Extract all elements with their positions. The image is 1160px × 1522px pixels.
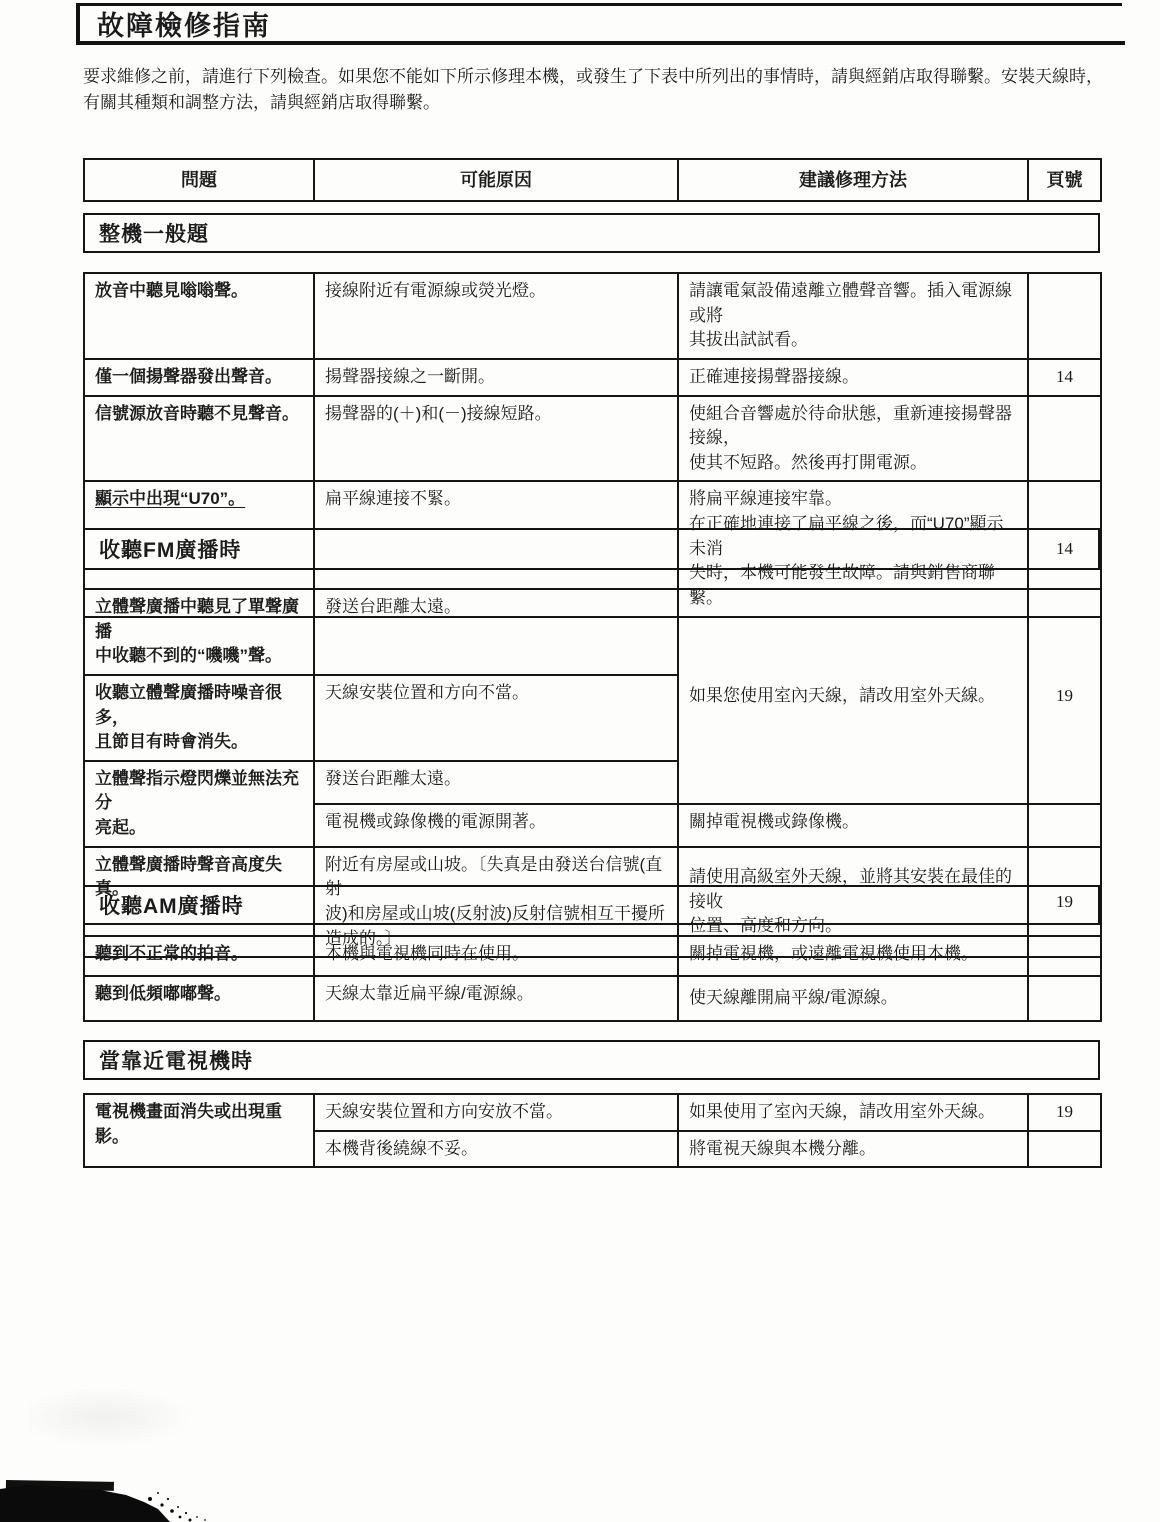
cell-problem: 立體聲廣播中聽見了單聲廣播 中收聽不到的“嘰嘰”聲。 (84, 589, 314, 675)
column-header-table: 問題 可能原因 建議修理方法 頁號 (83, 158, 1102, 202)
cell-problem: 放音中聽見嗡嗡聲。 (84, 273, 314, 359)
am-table: 聽到不正常的拍音。 本機與電視機同時在使用。 關掉電視機，或遠離電視機使用本機。… (83, 935, 1102, 1022)
cell-remedy: 關掉電視機或錄像機。 (678, 804, 1028, 847)
cell-page (1028, 1131, 1101, 1168)
cell-cause: 本機背後繞線不妥。 (314, 1131, 678, 1168)
cell-remedy: 使天線離開扁平線/電源線。 (678, 976, 1028, 1021)
cell-problem-merged: 立體聲指示燈閃爍並無法充分 亮起。 (84, 761, 314, 847)
cell-cause: 發送台距離太遠。 (314, 761, 678, 804)
cell-remedy: 關掉電視機，或遠離電視機使用本機。 (678, 936, 1028, 976)
scan-smudge (30, 1386, 195, 1448)
header-page: 頁號 (1028, 159, 1101, 201)
table-row: 放音中聽見嗡嗡聲。 接線附近有電源線或熒光燈。 請讓電氣設備遠離立體聲音響。插入… (84, 273, 1101, 359)
cell-problem: 聽到低頻嘟嘟聲。 (84, 976, 314, 1021)
cell-remedy-merged: 如果您使用室內天線，請改用室外天線。 (678, 589, 1028, 804)
cell-cause: 發送台距離太遠。 (314, 589, 678, 675)
section-bar-tv: 當靠近電視機時 (83, 1040, 1100, 1080)
cell-page: 19 (1028, 1094, 1101, 1131)
cell-cause: 揚聲器接線之一斷開。 (314, 359, 678, 396)
section-title-tv: 當靠近電視機時 (99, 1045, 253, 1075)
cell-problem: 收聽立體聲廣播時噪音很多， 且節目有時會消失。 (84, 675, 314, 761)
cell-page (1028, 396, 1101, 482)
page-title: 故障檢修指南 (97, 4, 271, 43)
table-row: 僅一個揚聲器發出聲音。 揚聲器接線之一斷開。 正確連接揚聲器接線。 14 (84, 359, 1101, 396)
cell-cause: 揚聲器的(＋)和(－)接線短路。 (314, 396, 678, 482)
table-row: 聽到低頻嘟嘟聲。 天線太靠近扁平線/電源線。 使天線離開扁平線/電源線。 (84, 976, 1101, 1021)
cell-problem: 聽到不正常的拍音。 (84, 936, 314, 976)
cell-page: 14 (1028, 359, 1101, 396)
cell-remedy: 將電視天線與本機分離。 (678, 1131, 1028, 1168)
section-title-general: 整機一般題 (99, 218, 209, 248)
cell-page (1028, 976, 1101, 1021)
section-bar-general: 整機一般題 (83, 213, 1100, 253)
header-cause: 可能原因 (314, 159, 678, 201)
intro-line-1: 要求維修之前，請進行下列檢查。如果您不能如下所示修理本機，或發生了下表中所列出的… (83, 64, 1127, 90)
header-problem: 問題 (84, 159, 314, 201)
tv-table: 電視機畫面消失或出現重影。 天線安裝位置和方向安放不當。 如果使用了室內天線，請… (83, 1093, 1102, 1168)
page-title-box: 故障檢修指南 (76, 3, 1122, 41)
section-title-am: 收聽AM廣播時 (99, 890, 244, 920)
intro-paragraph: 要求維修之前，請進行下列檢查。如果您不能如下所示修理本機，或發生了下表中所列出的… (83, 64, 1127, 116)
table-row: 立體聲廣播中聽見了單聲廣播 中收聽不到的“嘰嘰”聲。 發送台距離太遠。 如果您使… (84, 589, 1101, 675)
cell-cause: 本機與電視機同時在使用。 (314, 936, 678, 976)
cell-cause: 接線附近有電源線或熒光燈。 (314, 273, 678, 359)
section-bar-am: 收聽AM廣播時 (83, 885, 1100, 925)
cell-remedy: 正確連接揚聲器接線。 (678, 359, 1028, 396)
cell-cause: 天線安裝位置和方向安放不當。 (314, 1094, 678, 1131)
cell-remedy: 如果使用了室內天線，請改用室外天線。 (678, 1094, 1028, 1131)
ink-blob-artifact (0, 1477, 240, 1522)
section-title-fm: 收聽FM廣播時 (99, 534, 241, 564)
cell-problem-merged: 電視機畫面消失或出現重影。 (84, 1094, 314, 1167)
cell-page-merged: 19 (1028, 589, 1101, 804)
table-row: 聽到不正常的拍音。 本機與電視機同時在使用。 關掉電視機，或遠離電視機使用本機。 (84, 936, 1101, 976)
cell-problem: 僅一個揚聲器發出聲音。 (84, 359, 314, 396)
table-row: 信號源放音時聽不見聲音。 揚聲器的(＋)和(－)接線短路。 使組合音響處於待命狀… (84, 396, 1101, 482)
header-remedy: 建議修理方法 (678, 159, 1028, 201)
cell-cause: 天線太靠近扁平線/電源線。 (314, 976, 678, 1021)
section-bar-fm: 收聽FM廣播時 (83, 528, 1100, 570)
cell-cause: 天線安裝位置和方向不當。 (314, 675, 678, 761)
cell-problem: 信號源放音時聽不見聲音。 (84, 396, 314, 482)
cell-remedy: 使組合音響處於待命狀態，重新連接揚聲器接線， 使其不短路。然後再打開電源。 (678, 396, 1028, 482)
title-divider (76, 41, 1125, 45)
cell-page (1028, 273, 1101, 359)
cell-remedy: 請讓電氣設備遠離立體聲音響。插入電源線或將 其拔出試試看。 (678, 273, 1028, 359)
table-row: 電視機畫面消失或出現重影。 天線安裝位置和方向安放不當。 如果使用了室內天線，請… (84, 1094, 1101, 1131)
cell-page (1028, 804, 1101, 847)
cell-cause: 電視機或錄像機的電源開著。 (314, 804, 678, 847)
intro-line-2: 有關其種類和調整方法，請與經銷店取得聯繫。 (83, 90, 1127, 116)
manual-page: 故障檢修指南 要求維修之前，請進行下列檢查。如果您不能如下所示修理本機，或發生了… (0, 0, 1160, 1522)
cell-page (1028, 936, 1101, 976)
